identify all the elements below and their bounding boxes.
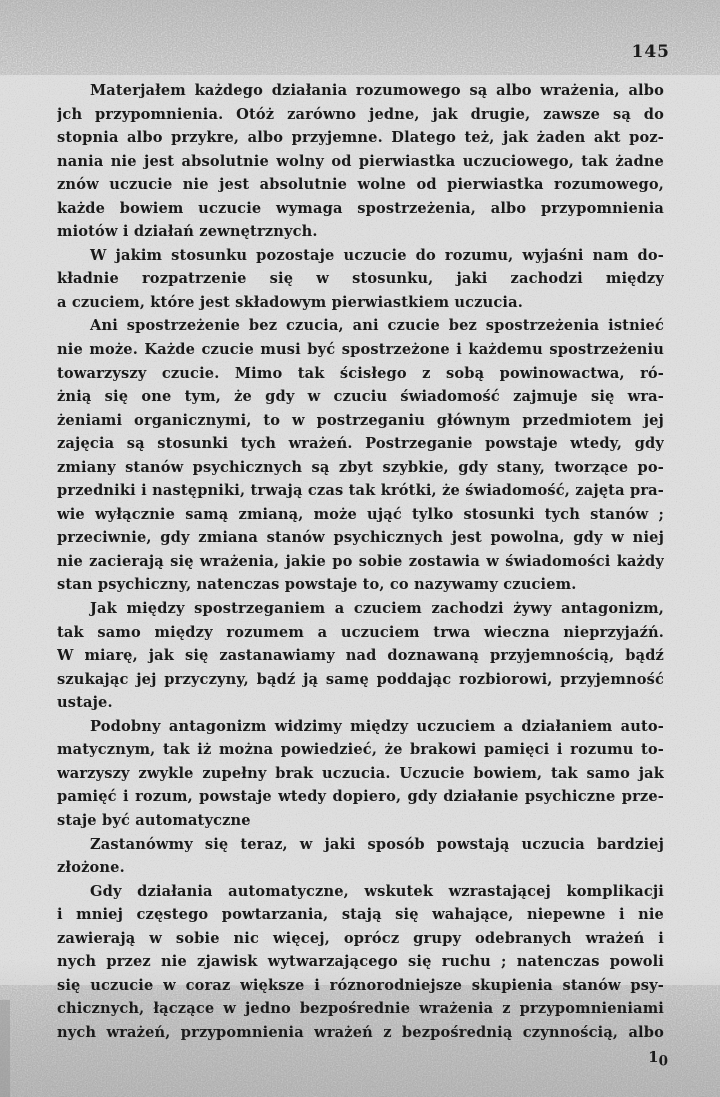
text-line: Zastanówmy się teraz, w jaki sposób pows…	[57, 833, 664, 857]
text-line: Podobny antagonizm widzimy między uczuci…	[57, 715, 664, 739]
text-line: nie zacierają się wrażenia, jakie po sob…	[57, 550, 664, 574]
text-line: znów uczucie nie jest absolutnie wolne o…	[57, 173, 664, 197]
paragraph: Materjałem każdego działania rozumowego …	[57, 79, 664, 244]
paragraph: Ani spostrzeżenie bez czucia, ani czucie…	[57, 314, 664, 597]
text-line: złożone.	[57, 856, 664, 880]
paragraph: Gdy działania automatyczne, wskutek wzra…	[57, 880, 664, 1045]
text-line: przedniki i następniki, trwają czas tak …	[57, 479, 664, 503]
text-line: ustaje.	[57, 691, 664, 715]
text-line: Ani spostrzeżenie bez czucia, ani czucie…	[57, 314, 664, 338]
text-line: warzyszy zwykle zupełny brak uczucia. Uc…	[57, 762, 664, 786]
text-line: nych przez nie zjawisk wytwarzającego si…	[57, 950, 664, 974]
text-line: Gdy działania automatyczne, wskutek wzra…	[57, 880, 664, 904]
text-line: żeniami organicznymi, to w postrzeganiu …	[57, 409, 664, 433]
text-line: żnią się one tym, że gdy w czuciu świado…	[57, 385, 664, 409]
text-line: nych wrażeń, przypomnienia wrażeń z bezp…	[57, 1021, 664, 1045]
text-line: matycznym, tak iż można powiedzieć, że b…	[57, 738, 664, 762]
text-line: zawierają w sobie nic więcej, oprócz gru…	[57, 927, 664, 951]
text-line: zajęcia są stosunki tych wrażeń. Postrze…	[57, 432, 664, 456]
text-line: zmiany stanów psychicznych są zbyt szybk…	[57, 456, 664, 480]
text-line: chicznych, łączące w jedno bezpośrednie …	[57, 997, 664, 1021]
text-line: a czuciem, które jest składowym pierwias…	[57, 291, 664, 315]
text-line: każde bowiem uczucie wymaga spostrzeżeni…	[57, 197, 664, 221]
signature-mark: 10	[648, 1048, 668, 1066]
paragraph: Podobny antagonizm widzimy między uczuci…	[57, 715, 664, 833]
text-line: kładnie rozpatrzenie się w stosunku, jak…	[57, 267, 664, 291]
text-block: Materjałem każdego działania rozumowego …	[57, 79, 664, 1044]
text-line: miotów i działań zewnętrznych.	[57, 220, 664, 244]
top-scan-shade	[0, 0, 720, 70]
text-line: tak samo między rozumem a uczuciem trwa …	[57, 621, 664, 645]
text-line: staje być automatyczne	[57, 809, 664, 833]
text-line: przeciwnie, gdy zmiana stanów psychiczny…	[57, 526, 664, 550]
text-line: się uczucie w coraz większe i róznorodni…	[57, 974, 664, 998]
book-page: 145 Materjałem każdego działania rozumow…	[0, 0, 720, 1097]
text-line: W miarę, jak się zastanawiamy nad doznaw…	[57, 644, 664, 668]
text-line: i mniej częstego powtarzania, stają się …	[57, 903, 664, 927]
text-line: pamięć i rozum, powstaje wtedy dopiero, …	[57, 785, 664, 809]
text-line: Materjałem każdego działania rozumowego …	[57, 79, 664, 103]
text-line: nania nie jest absolutnie wolny od pierw…	[57, 150, 664, 174]
text-line: W jakim stosunku pozostaje uczucie do ro…	[57, 244, 664, 268]
text-line: Jak między spostrzeganiem a czuciem zach…	[57, 597, 664, 621]
page-number: 145	[632, 42, 671, 62]
text-line: stopnia albo przykre, albo przyjemne. Dl…	[57, 126, 664, 150]
paragraph: W jakim stosunku pozostaje uczucie do ro…	[57, 244, 664, 315]
text-line: wie wyłącznie samą zmianą, może ująć tyl…	[57, 503, 664, 527]
paragraph: Zastanówmy się teraz, w jaki sposób pows…	[57, 833, 664, 880]
text-line: towarzyszy czucie. Mimo tak ścisłego z s…	[57, 362, 664, 386]
paragraph: Jak między spostrzeganiem a czuciem zach…	[57, 597, 664, 715]
signature-digit-lowered: 0	[659, 1054, 668, 1070]
text-line: szukając jej przyczyny, bądź ją samę pod…	[57, 668, 664, 692]
text-line: nie może. Każde czucie musi być spostrze…	[57, 338, 664, 362]
signature-digit: 1	[648, 1048, 658, 1066]
text-line: jch przypomnienia. Otóż zarówno jedne, j…	[57, 103, 664, 127]
text-line: stan psychiczny, natenczas powstaje to, …	[57, 573, 664, 597]
